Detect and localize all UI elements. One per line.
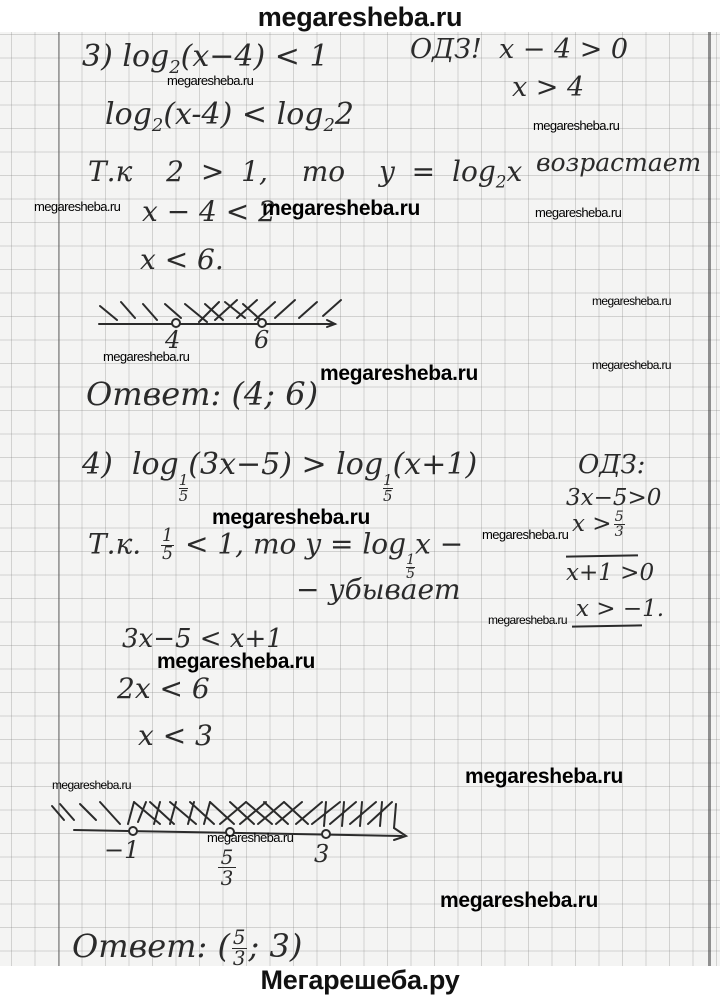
watermark: megaresheba.ru: [533, 119, 619, 132]
task3-step-log-compare: log2(x-4) < log22: [105, 100, 354, 135]
task3-increasing-word: возрастает: [536, 150, 701, 175]
watermark: megaresheba.ru: [207, 831, 293, 844]
answer-value: (4; 6): [231, 375, 318, 413]
task4-odz-line1: 3x−5>0: [566, 487, 661, 510]
task4-step1: 3x−5 < x+1: [122, 626, 283, 652]
watermark: megaresheba.ru: [488, 614, 567, 626]
site-footer-title: Мегарешеба.ру: [0, 965, 720, 996]
task3-odz-line2: x > 4: [512, 74, 584, 101]
task4-odz-line2: x >53: [572, 510, 627, 540]
odz-label: ОДЗ!: [410, 34, 482, 65]
task3-number: 3): [82, 39, 113, 74]
task3-step2: x − 4 < 2: [142, 198, 276, 226]
task3-reasoning: Т.к 2 > 1, то y = log2x: [88, 158, 522, 190]
task3-inequality: 3) log2(x−4) < 1: [82, 42, 329, 77]
task3-answer: Ответ: (4; 6): [86, 378, 318, 410]
watermark: megaresheba.ru: [157, 651, 315, 672]
watermark: megaresheba.ru: [535, 206, 621, 219]
task4-decreasing-word: − убывает: [296, 576, 461, 604]
answer-fraction: 53: [232, 928, 247, 966]
site-header-title: megaresheba.ru: [0, 2, 720, 33]
watermark: megaresheba.ru: [592, 295, 671, 307]
notebook-page: 3) log2(x−4) < 1 ОДЗ! x − 4 > 0 x > 4 lo…: [0, 32, 720, 966]
watermark: megaresheba.ru: [34, 200, 120, 213]
task4-inequality: 4) log15(3x−5) > log15(x+1): [82, 450, 477, 503]
watermark: megaresheba.ru: [440, 890, 598, 911]
watermark: megaresheba.ru: [320, 363, 478, 384]
watermark: megaresheba.ru: [465, 766, 623, 787]
task4-point-3: 3: [314, 842, 329, 866]
watermark: megaresheba.ru: [52, 779, 131, 791]
task4-step2: 2x < 6: [117, 675, 210, 703]
task4-number: 4): [82, 447, 113, 482]
watermark: megaresheba.ru: [167, 74, 253, 87]
task3-point-6: 6: [254, 328, 269, 352]
task4-odz-label: ОДЗ:: [578, 452, 645, 478]
task3-odz-line1: ОДЗ! x − 4 > 0: [410, 36, 628, 63]
task4-step3: x < 3: [138, 722, 213, 750]
task4-answer: Ответ: (53; 3): [72, 928, 302, 966]
watermark: megaresheba.ru: [592, 359, 671, 371]
task4-point-minus1: −1: [104, 838, 139, 862]
task4-odz-line4: x > −1.: [576, 598, 664, 621]
task4-odz-line3: x+1 >0: [566, 562, 654, 585]
task4-point-5-3: 5 3: [218, 847, 236, 888]
watermark: megaresheba.ru: [212, 507, 370, 528]
watermark: megaresheba.ru: [262, 198, 420, 219]
odz-underline: [572, 624, 642, 627]
answer-label: Ответ:: [72, 927, 207, 965]
watermark: megaresheba.ru: [103, 350, 189, 363]
watermark: megaresheba.ru: [482, 528, 568, 541]
task3-step3: x < 6.: [140, 246, 224, 274]
answer-label: Ответ:: [86, 375, 221, 413]
page-edge: [708, 32, 711, 966]
odz-divider: [566, 554, 638, 557]
task3-number-line: [95, 294, 355, 334]
